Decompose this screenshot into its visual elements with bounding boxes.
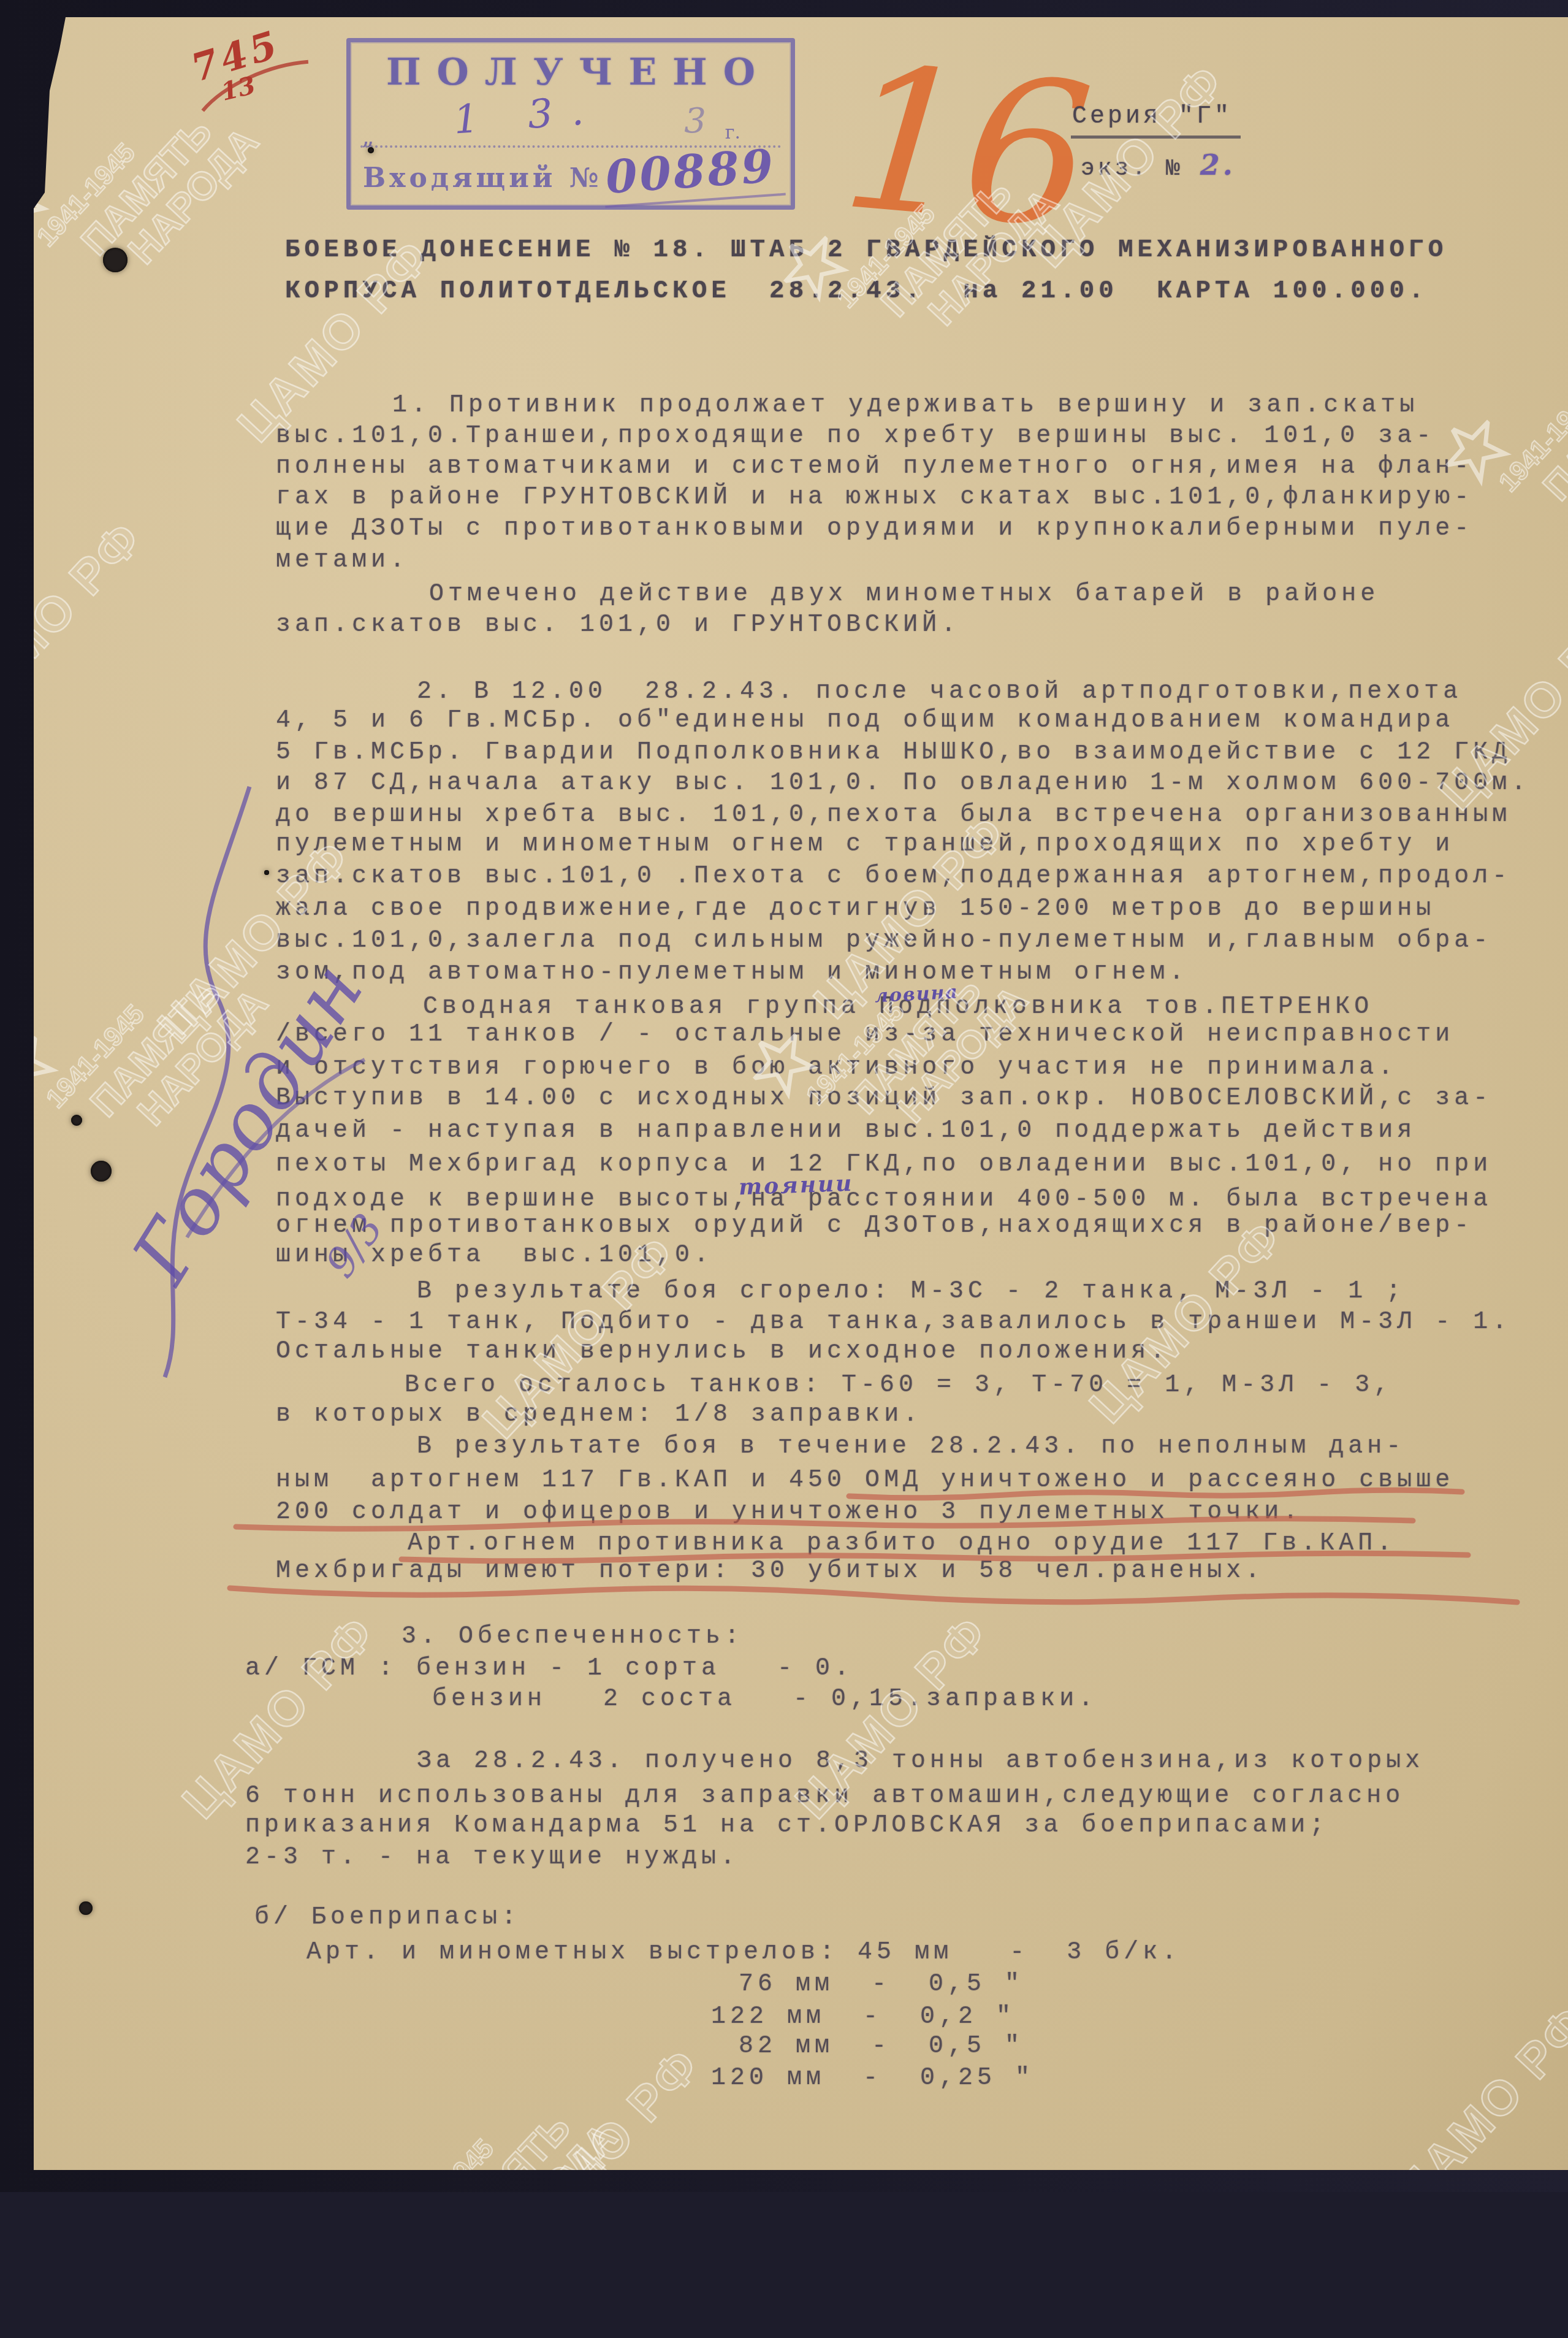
camo-rf-watermark: ЦАМО РФ (1385, 1974, 1568, 2192)
typewritten-line: Арт. и минометных выстрелов: 45 мм - 3 б… (306, 1938, 1181, 1968)
typewritten-line: а/ ГСМ : бензин - 1 сорта - 0. (245, 1654, 853, 1684)
typewritten-line: 76 мм - 0,5 " (739, 1969, 1024, 2000)
typewritten-line: В результате боя сгорело: М-3С - 2 танка… (417, 1277, 1405, 1307)
typewritten-line: За 28.2.43. получено 8,3 тонны автобензи… (417, 1746, 1424, 1777)
handwritten-insert-lovina: ловина (874, 981, 959, 1007)
typewritten-line: полнены автоматчиками и системой пулемет… (276, 452, 1473, 483)
star-icon (0, 161, 56, 248)
typewritten-line: 2-3 т. - на текущие нужды. (245, 1843, 739, 1873)
typewritten-line: Т-34 - 1 танк, Подбито - два танка,завал… (276, 1307, 1511, 1338)
typewritten-line: пехоты Мехбригад корпуса и 12 ГКД,по овл… (276, 1150, 1492, 1180)
typewritten-line: зом,под автоматно-пулеметным и минометны… (276, 958, 1188, 988)
orange-page-number: 16 (836, 39, 1094, 256)
punch-hole (79, 1901, 93, 1915)
stamp-incoming-line: Входящий № 00889 (363, 154, 786, 203)
watermark-memory-1: ПАМЯТЬ (1534, 354, 1568, 510)
watermark-memory-2: НАРОДА (119, 118, 267, 273)
typewritten-line: пулеметным и минометным огнем с траншей,… (276, 830, 1454, 860)
stamp-date-line: „ 1 3. 3 г. (362, 101, 780, 145)
watermark-years: 1941-1945 (40, 999, 151, 1114)
memory-star-watermark: 1941-1945ПАМЯТЬНАРОДА (1426, 305, 1568, 587)
document-title-line-1: БОЕВОЕ ДОНЕСЕНИЕ № 18. ШТАБ 2 ГВАРДЕЙСКО… (285, 235, 1447, 266)
typewritten-line: жала свое продвижение,где достигнув 150-… (276, 894, 1435, 925)
typewritten-line: зап.скатов выс.101,0 .Пехота с боем,подд… (276, 861, 1511, 892)
stamp-incoming-number: 00889 (601, 139, 786, 208)
camo-rf-watermark: ЦАМО РФ (496, 2017, 729, 2192)
typewritten-line: /всего 11 танков / - остальные из-за тех… (276, 1020, 1454, 1050)
watermark-memory-1: ПАМЯТЬ (430, 2105, 579, 2192)
typewritten-line: Мехбригады имеют потери: 30 убитых и 58 … (276, 1556, 1264, 1587)
typewritten-line: 3. Обеспеченность: (402, 1622, 744, 1652)
stamp-incoming-label: Входящий № (363, 162, 603, 194)
typewritten-line: б/ Боеприпасы: (254, 1903, 520, 1933)
series-label: Серия "Г" (1071, 103, 1241, 139)
document-scan: ПОЛУЧЕНО „ 1 3. 3 г. Входящий № 00889 74… (0, 0, 1568, 2192)
copy-number-line: экз. № 2. (1081, 148, 1236, 182)
typewritten-line: Остальные танки вернулись в исходное пол… (276, 1337, 1169, 1367)
typewritten-line: до вершины хребта выс. 101,0,пехота была… (276, 800, 1511, 831)
stamp-received-text: ПОЛУЧЕНО (351, 51, 791, 94)
copy-label: экз. № (1081, 156, 1183, 182)
typewritten-line: 82 мм - 0,5 " (739, 2031, 1024, 2062)
copy-number: 2. (1200, 148, 1236, 181)
typewritten-line: и 87 СД,начала атаку выс. 101,0. По овла… (276, 768, 1530, 799)
stamp-year-faint: 3 (684, 101, 706, 141)
watermark-years: 1941-1945 (1493, 383, 1568, 498)
received-stamp: ПОЛУЧЕНО „ 1 3. 3 г. Входящий № 00889 (346, 38, 795, 210)
typewritten-line: Арт.огнем противника разбито одно орудие… (408, 1529, 1396, 1559)
typewritten-line: 120 мм - 0,25 " (711, 2063, 1034, 2094)
typewritten-line: в которых в среднем: 1/8 заправки. (276, 1400, 922, 1431)
typewritten-line: выс.101,0,залегла под сильным ружейно-пу… (276, 926, 1492, 957)
watermark-memory-2: НАРОДА (478, 2114, 626, 2192)
punch-hole (91, 1161, 112, 1182)
camo-rf-watermark: ЦАМО РФ (0, 490, 172, 735)
stamp-year-suffix: г. (725, 122, 740, 143)
star-icon (0, 1023, 66, 1109)
typewritten-line: 5 Гв.МСБр. Гвардии Подполковника НЫШКО,в… (276, 738, 1511, 768)
typewritten-line: 4, 5 и 6 Гв.МСБр. об"единены под общим к… (276, 706, 1454, 736)
handwritten-insert-toyanii: тоянии (738, 1171, 854, 1201)
typewritten-line: Всего осталось танков: Т-60 = 3, Т-70 = … (405, 1370, 1393, 1401)
typewritten-line: щие ДЗОТы с противотанковыми орудиями и … (276, 514, 1473, 544)
typewritten-line: Выступив в 14.00 с исходных позиций зап.… (276, 1083, 1492, 1114)
typewritten-line: дачей - наступая в направлении выс.101,0… (276, 1116, 1416, 1147)
typewritten-line: бензин 2 соста - 0,15.заправки. (432, 1684, 1097, 1715)
typewritten-line: метами. (276, 546, 409, 576)
punch-hole (103, 248, 127, 272)
watermark-years: 1941-1945 (390, 2133, 500, 2192)
typewritten-line: 2. В 12.00 28.2.43. после часовой артпод… (417, 677, 1462, 708)
punch-hole (71, 1115, 82, 1126)
typewritten-line: огнем противотанковых орудий с ДЗОТов,на… (276, 1211, 1473, 1242)
star-icon (328, 2157, 414, 2192)
punch-hole (264, 870, 269, 875)
typewritten-line: 1. Противник продолжает удерживать верши… (392, 391, 1418, 421)
typewritten-line: 6 тонн использованы для заправки автомаш… (245, 1781, 1404, 1812)
typewritten-line: 122 мм - 0,2 " (711, 2002, 1015, 2033)
typewritten-line: Отмечено действие двух минометных батаре… (429, 579, 1379, 610)
typewritten-line: гах в районе ГРУНТОВСКИЙ и на южных скат… (276, 483, 1473, 513)
watermark-years: 1941-1945 (31, 137, 142, 253)
typewritten-line: ным артогнем 117 Гв.КАП и 450 ОМД уничто… (276, 1465, 1454, 1496)
typewritten-line: В результате боя в течение 28.2.43. по н… (417, 1432, 1405, 1462)
watermark-memory-1: ПАМЯТЬ (72, 109, 221, 264)
memory-star-watermark: 1941-1945ПАМЯТЬНАРОДА (322, 2056, 604, 2192)
red-pencil-note: 745 13 (186, 21, 293, 115)
document-title-line-2: КОРПУСА ПОЛИТОТДЕЛЬСКОЕ 28.2.43. на 21.0… (285, 276, 1428, 307)
typewritten-line: и отсутствия горючего в бою активного уч… (276, 1053, 1397, 1083)
red-underline (230, 1588, 1517, 1602)
typewritten-line: зап.скатов выс. 101,0 и ГРУНТОВСКИЙ. (276, 610, 960, 641)
typewritten-line: 200 солдат и офицеров и уничтожено 3 пул… (276, 1497, 1302, 1528)
paper-sheet: ПОЛУЧЕНО „ 1 3. 3 г. Входящий № 00889 74… (34, 17, 1568, 2170)
stamp-date-handwritten: 1 3. (452, 88, 604, 143)
typewritten-line: приказания Командарма 51 на ст.ОРЛОВСКАЯ… (245, 1811, 1328, 1841)
typewritten-line: выс.101,0.Траншеи,проходящие по хребту в… (276, 421, 1435, 452)
